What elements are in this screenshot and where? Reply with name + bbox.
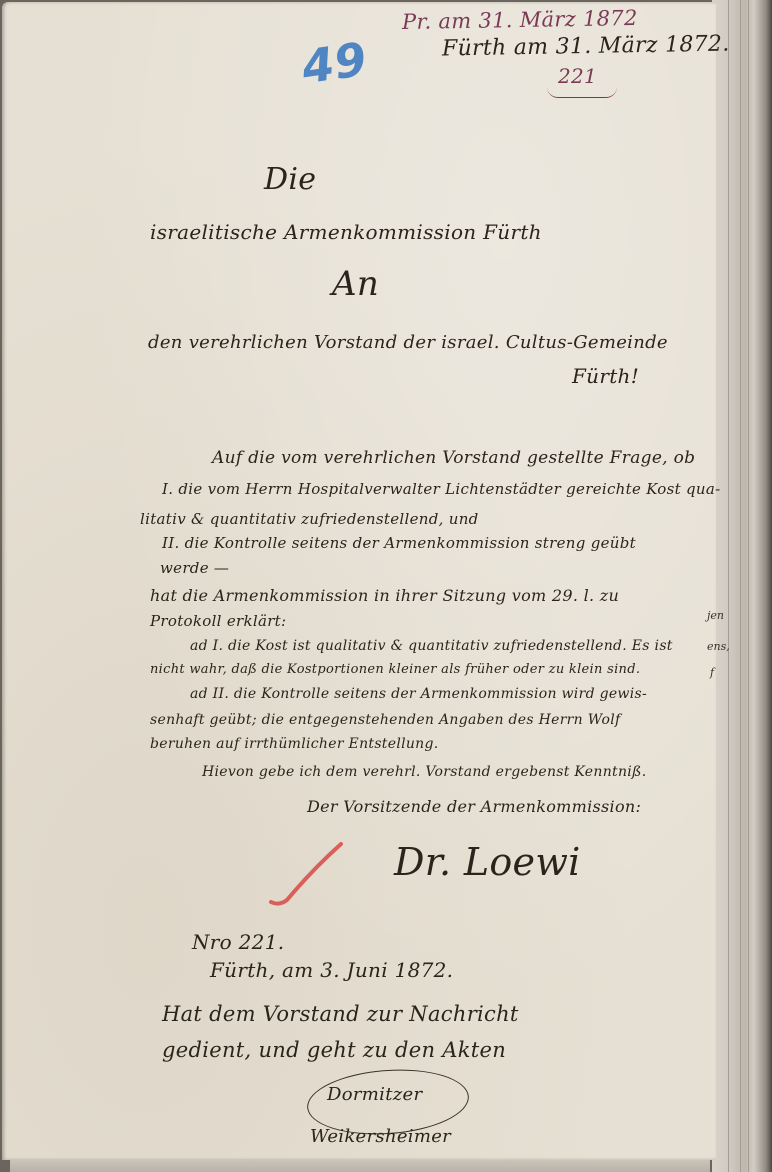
folio-number: 49 <box>299 32 371 94</box>
body-line: nicht wahr, daß die Kostportionen kleine… <box>150 662 640 677</box>
page-edge-line <box>728 0 729 1172</box>
closing-title: Der Vorsitzende der Armenkommission: <box>307 797 641 816</box>
body-line: ad I. die Kost ist qualitativ & quantita… <box>190 638 673 654</box>
page-stack-edge <box>712 0 772 1172</box>
sender-article: Die <box>264 162 316 197</box>
letter-page: Pr. am 31. März 1872 Fürth am 31. März 1… <box>2 2 716 1160</box>
page-edge-line <box>740 0 741 1172</box>
body-line: Auf die vom verehrlichen Vorstand gestel… <box>212 448 695 468</box>
body-line: litativ & quantitativ zufriedenstellend,… <box>140 510 479 528</box>
annotation-text-line2: gedient, und geht zu den Akten <box>162 1038 506 1062</box>
receipt-stamp: Pr. am 31. März 1872 <box>402 6 638 34</box>
register-number: 221 <box>558 64 597 88</box>
body-line: beruhen auf irrthümlicher Entstellung. <box>150 736 439 752</box>
signature-dormitzer: Dormitzer <box>327 1084 422 1105</box>
place-date-header: Fürth am 31. März 1872. <box>442 31 730 61</box>
margin-note: f <box>710 666 714 679</box>
page-edge-line <box>748 0 749 1172</box>
body-line: II. die Kontrolle seitens der Armenkommi… <box>162 534 636 552</box>
signature-weikersheimer: Weikersheimer <box>310 1126 451 1147</box>
addressee-preposition: An <box>332 264 379 304</box>
red-check-icon <box>267 840 347 910</box>
body-line: Protokoll erklärt: <box>150 612 286 630</box>
addressee-line2: Fürth! <box>572 364 639 388</box>
signature-loewi: Dr. Loewi <box>394 840 581 884</box>
register-underline <box>547 87 617 98</box>
annotation-text-line1: Hat dem Vorstand zur Nachricht <box>162 1002 519 1026</box>
scanned-document: Pr. am 31. März 1872 Fürth am 31. März 1… <box>0 0 772 1172</box>
addressee-line1: den verehrlichen Vorstand der israel. Cu… <box>148 332 668 353</box>
annotation-number: Nro 221. <box>192 930 284 954</box>
body-line: I. die vom Herrn Hospitalverwalter Licht… <box>162 480 721 498</box>
sender-name: israelitische Armenkommission Fürth <box>150 220 542 244</box>
body-line: Hievon gebe ich dem verehrl. Vorstand er… <box>202 764 646 780</box>
body-line: ad II. die Kontrolle seitens der Armenko… <box>190 686 647 702</box>
body-line: senhaft geübt; die entgegenstehenden Ang… <box>150 712 620 728</box>
body-line: werde — <box>160 559 229 577</box>
body-line: hat die Armenkommission in ihrer Sitzung… <box>150 586 619 605</box>
margin-note: jen <box>707 609 724 622</box>
margin-note: ens, <box>707 640 730 653</box>
annotation-date: Fürth, am 3. Juni 1872. <box>210 958 453 982</box>
